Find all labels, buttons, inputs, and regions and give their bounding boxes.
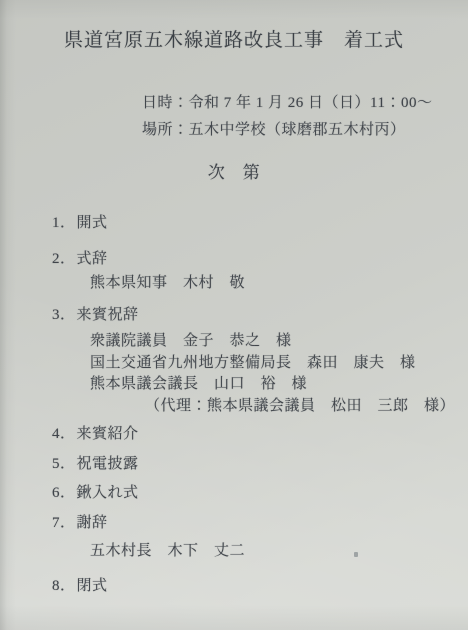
agenda-item-number: 5．	[52, 456, 76, 472]
agenda-item-raihin-shokai: 4．来賓紹介	[52, 424, 139, 444]
guest-name-line: 衆議院議員 金子 恭之 様	[90, 331, 292, 351]
agenda-item-number: 8．	[52, 578, 76, 594]
agenda-item-number: 2．	[52, 251, 76, 267]
agenda-item-number: 7．	[52, 515, 76, 531]
guest-name-line: 国土交通省九州地方整備局長 森田 康夫 様	[90, 353, 416, 373]
agenda-item-number: 1．	[52, 215, 76, 231]
guest-proxy-note: （代理：熊本県議会議員 松田 三郎 様）	[145, 396, 455, 416]
agenda-item-shaji: 7．謝辞	[52, 513, 108, 533]
agenda-item-number: 6．	[52, 485, 76, 501]
agenda-item-raihin-shukuji: 3．来賓祝辞	[52, 305, 139, 325]
agenda-item-kuwaire-shiki: 6．鍬入れ式	[52, 483, 139, 503]
agenda-item-label: 来賓紹介	[77, 426, 139, 442]
agenda-item-label: 開式	[77, 215, 108, 231]
agenda-item-shikiji-speaker: 熊本県知事 木村 敬	[90, 273, 245, 293]
agenda-item-label: 鍬入れ式	[77, 485, 139, 501]
ceremony-program-document: 県道宮原五木線道路改良工事 着工式 日時：令和 7 年 1 月 26 日（日）1…	[0, 0, 468, 630]
agenda-item-number: 4．	[52, 426, 76, 442]
paper-speck	[354, 552, 358, 557]
agenda-item-shikiji: 2．式辞	[52, 249, 108, 269]
agenda-item-kaishiki: 1．開式	[52, 213, 108, 233]
agenda-item-number: 3．	[52, 307, 76, 323]
agenda-item-shaji-speaker: 五木村長 木下 丈二	[90, 541, 245, 561]
agenda-item-label: 来賓祝辞	[77, 307, 139, 323]
document-title: 県道宮原五木線道路改良工事 着工式	[0, 28, 468, 54]
event-location: 場所：五木中学校（球磨郡五木村丙）	[142, 120, 406, 140]
agenda-heading: 次 第	[0, 163, 468, 183]
agenda-item-label: 式辞	[77, 251, 108, 267]
event-datetime: 日時：令和 7 年 1 月 26 日（日）11：00～	[142, 93, 432, 113]
agenda-item-label: 祝電披露	[77, 456, 139, 472]
agenda-item-heishiki: 8．閉式	[52, 576, 108, 596]
agenda-item-label: 閉式	[77, 578, 108, 594]
guest-name-line: 熊本県議会議長 山口 裕 様	[90, 374, 307, 394]
agenda-item-shukuden-hiro: 5．祝電披露	[52, 454, 139, 474]
agenda-item-label: 謝辞	[77, 515, 108, 531]
